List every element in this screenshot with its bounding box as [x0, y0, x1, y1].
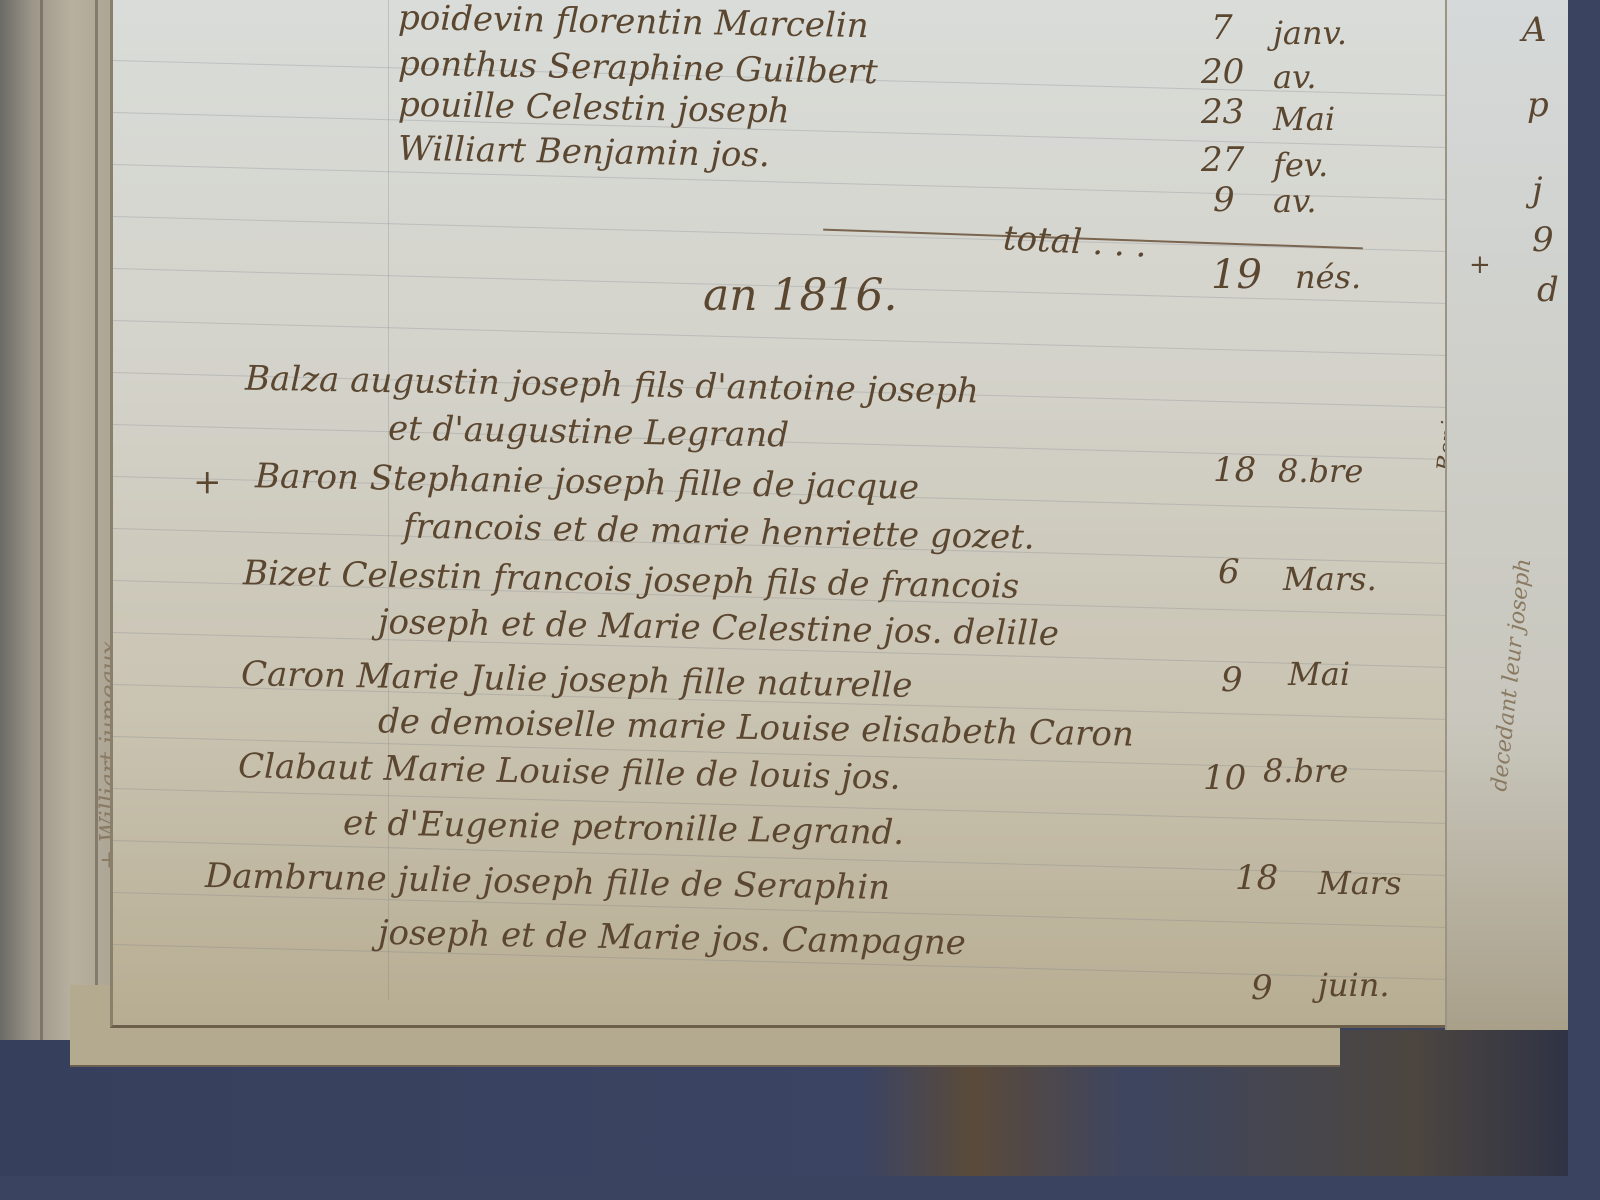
- entry-month: av.: [1273, 58, 1317, 96]
- facing-page: decedant leur joseph A p j 9 d +: [1445, 0, 1568, 1030]
- entry-mark: +: [193, 462, 222, 502]
- entry-day: 9: [1251, 968, 1273, 1008]
- entry-day: 18: [1213, 450, 1256, 490]
- total-unit: nés.: [1295, 258, 1361, 296]
- entry-month: Mars.: [1283, 560, 1377, 598]
- facing-page-fragment: +: [1469, 250, 1491, 280]
- entry-day: 6: [1218, 552, 1240, 592]
- facing-page-fragment: p: [1527, 85, 1549, 125]
- facing-page-fragment: d: [1537, 270, 1559, 310]
- entry-day: 9: [1213, 180, 1235, 220]
- entry-month: 8.bre: [1278, 452, 1363, 490]
- entry-month: Mai: [1288, 655, 1350, 693]
- entry-day: 18: [1235, 858, 1278, 898]
- entry-line: Caron Marie Julie joseph fille naturelle: [241, 654, 913, 706]
- total-value: 19: [1211, 252, 1262, 298]
- entry-day: 9: [1221, 660, 1243, 700]
- entry-line: Bizet Celestin francois joseph fils de f…: [243, 553, 1020, 607]
- entry-day: 23: [1201, 92, 1244, 132]
- entry-line: joseph et de Marie Celestine jos. delill…: [378, 602, 1060, 654]
- entry-line: Balza augustin joseph fils d'antoine jos…: [245, 359, 979, 412]
- register-page: poidevin florentin Marcelin 7 janv. pont…: [110, 0, 1448, 1028]
- entry-month: 8.bre: [1263, 752, 1348, 790]
- entry-month: juin.: [1318, 966, 1390, 1004]
- entry-day: 27: [1201, 140, 1244, 180]
- entry-month: av.: [1273, 182, 1317, 220]
- entry-month: Mars: [1318, 864, 1402, 902]
- entry-line: et d'Eugenie petronille Legrand.: [343, 803, 905, 853]
- entry-line: Baron Stephanie joseph fille de jacque: [255, 456, 920, 508]
- entry-month: fev.: [1273, 146, 1328, 184]
- entry-text: poidevin florentin Marcelin: [398, 0, 869, 46]
- total-label: total . . .: [1002, 218, 1148, 265]
- entry-day: 7: [1211, 8, 1233, 48]
- entry-month: Mai: [1273, 100, 1335, 138]
- entry-line: joseph et de Marie jos. Campagne: [378, 913, 967, 963]
- entry-line: Dambrune julie joseph fille de Seraphin: [205, 856, 891, 908]
- facing-page-fragment: A: [1522, 10, 1547, 50]
- entry-text: pouille Celestin joseph: [398, 85, 790, 132]
- margin-rule: [388, 0, 389, 1000]
- facing-page-fragment: 9: [1532, 220, 1554, 260]
- facing-page-fragment: j: [1532, 170, 1543, 210]
- right-margin-note-bottom: decedant leur joseph: [1487, 557, 1536, 792]
- year-heading: an 1816.: [703, 270, 898, 321]
- entry-text: Williart Benjamin jos.: [398, 129, 770, 175]
- entry-line: et d'augustine Legrand: [388, 409, 790, 456]
- entry-line: francois et de marie henriette gozet.: [403, 506, 1035, 557]
- entry-day: 20: [1201, 52, 1244, 92]
- entry-day: 10: [1203, 758, 1246, 798]
- entry-month: janv.: [1273, 14, 1347, 52]
